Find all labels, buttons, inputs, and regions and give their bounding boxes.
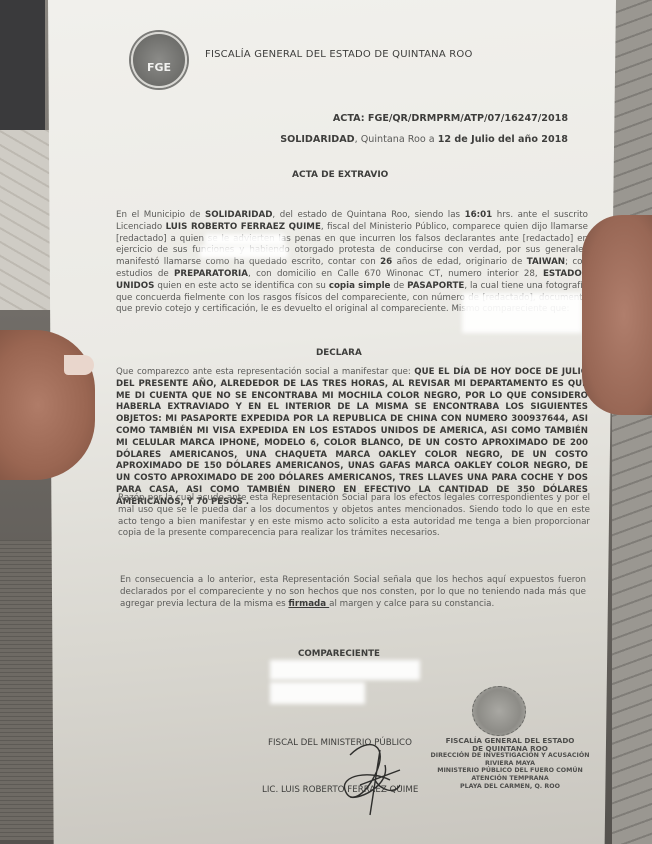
- redaction-name: [205, 234, 285, 246]
- reason-paragraph: Razón por la cual acudo ante esta Repres…: [118, 493, 590, 540]
- bold-text: PASAPORTE: [407, 281, 464, 291]
- text: años de edad, originario de: [392, 257, 526, 267]
- closing-end: al margen y calce para su constancia.: [329, 599, 494, 609]
- date: 12 de Julio del año 2018: [438, 134, 568, 145]
- bold-text: copia simple: [329, 281, 391, 291]
- stamp-line: ATENCIÓN TEMPRANA: [425, 775, 595, 783]
- closing-paragraph: En consecuencia a lo anterior, esta Repr…: [120, 575, 586, 610]
- declara-heading: DECLARA: [316, 348, 362, 358]
- compareciente-label: COMPARECIENTE: [298, 649, 380, 659]
- place-middle: , Quintana Roo a: [355, 134, 438, 145]
- left-thumbnail: [64, 355, 94, 375]
- stamp-line: DIRECCIÓN DE INVESTIGACIÓN Y ACUSACIÓN: [425, 752, 595, 760]
- declaration-statement: QUE EL DÍA DE HOY DOCE DE JULIO DEL PRES…: [116, 367, 588, 507]
- city: SOLIDARIDAD: [280, 134, 354, 145]
- redaction-passport: [462, 293, 582, 333]
- fge-logo-icon: FGE: [131, 32, 187, 88]
- bold-text: LUIS ROBERTO FERRAEZ QUIME: [166, 222, 321, 232]
- declaration-paragraph: Que comparezco ante esta representación …: [116, 367, 588, 509]
- redaction-authority: [200, 246, 288, 258]
- bold-text: 26: [380, 257, 392, 267]
- declaration-lead: Que comparezco ante esta representación …: [116, 367, 414, 377]
- national-seal-icon: [472, 686, 526, 736]
- signature-scribble-icon: [330, 735, 430, 825]
- text: En el Municipio de: [116, 210, 205, 220]
- document-title: ACTA DE EXTRAVIO: [292, 170, 388, 180]
- bold-text: TAIWAN: [527, 257, 565, 267]
- redaction-signature: [270, 660, 420, 680]
- text: quien en este acto se identifica con su: [154, 281, 328, 291]
- text: , con domicilio en Calle 670 Winonac CT,…: [248, 269, 543, 279]
- place-date: SOLIDARIDAD, Quintana Roo a 12 de Julio …: [280, 134, 568, 145]
- firmada-text: firmada: [288, 599, 329, 609]
- text: de: [390, 281, 407, 291]
- logo-text: FGE: [147, 61, 171, 74]
- redaction-compareciente-name: [270, 682, 365, 704]
- text: , del estado de Quintana Roo, siendo las: [272, 210, 464, 220]
- right-hand: [582, 215, 652, 415]
- bold-text: PREPARATORIA: [174, 269, 248, 279]
- institution-title: FISCALÍA GENERAL DEL ESTADO DE QUINTANA …: [205, 49, 473, 60]
- document: FGE FISCALÍA GENERAL DEL ESTADO DE QUINT…: [0, 0, 652, 844]
- official-stamp: FISCALÍA GENERAL DEL ESTADO DE QUINTANA …: [425, 737, 595, 790]
- stamp-line: MINISTERIO PÚBLICO DEL FUERO COMÚN: [425, 767, 595, 775]
- bold-text: 16:01: [465, 210, 493, 220]
- stamp-line: PLAYA DEL CARMEN, Q. ROO: [425, 783, 595, 791]
- acta-number: ACTA: FGE/QR/DRMPRM/ATP/07/16247/2018: [333, 113, 568, 124]
- left-hand: [0, 330, 95, 480]
- bold-text: SOLIDARIDAD: [205, 210, 272, 220]
